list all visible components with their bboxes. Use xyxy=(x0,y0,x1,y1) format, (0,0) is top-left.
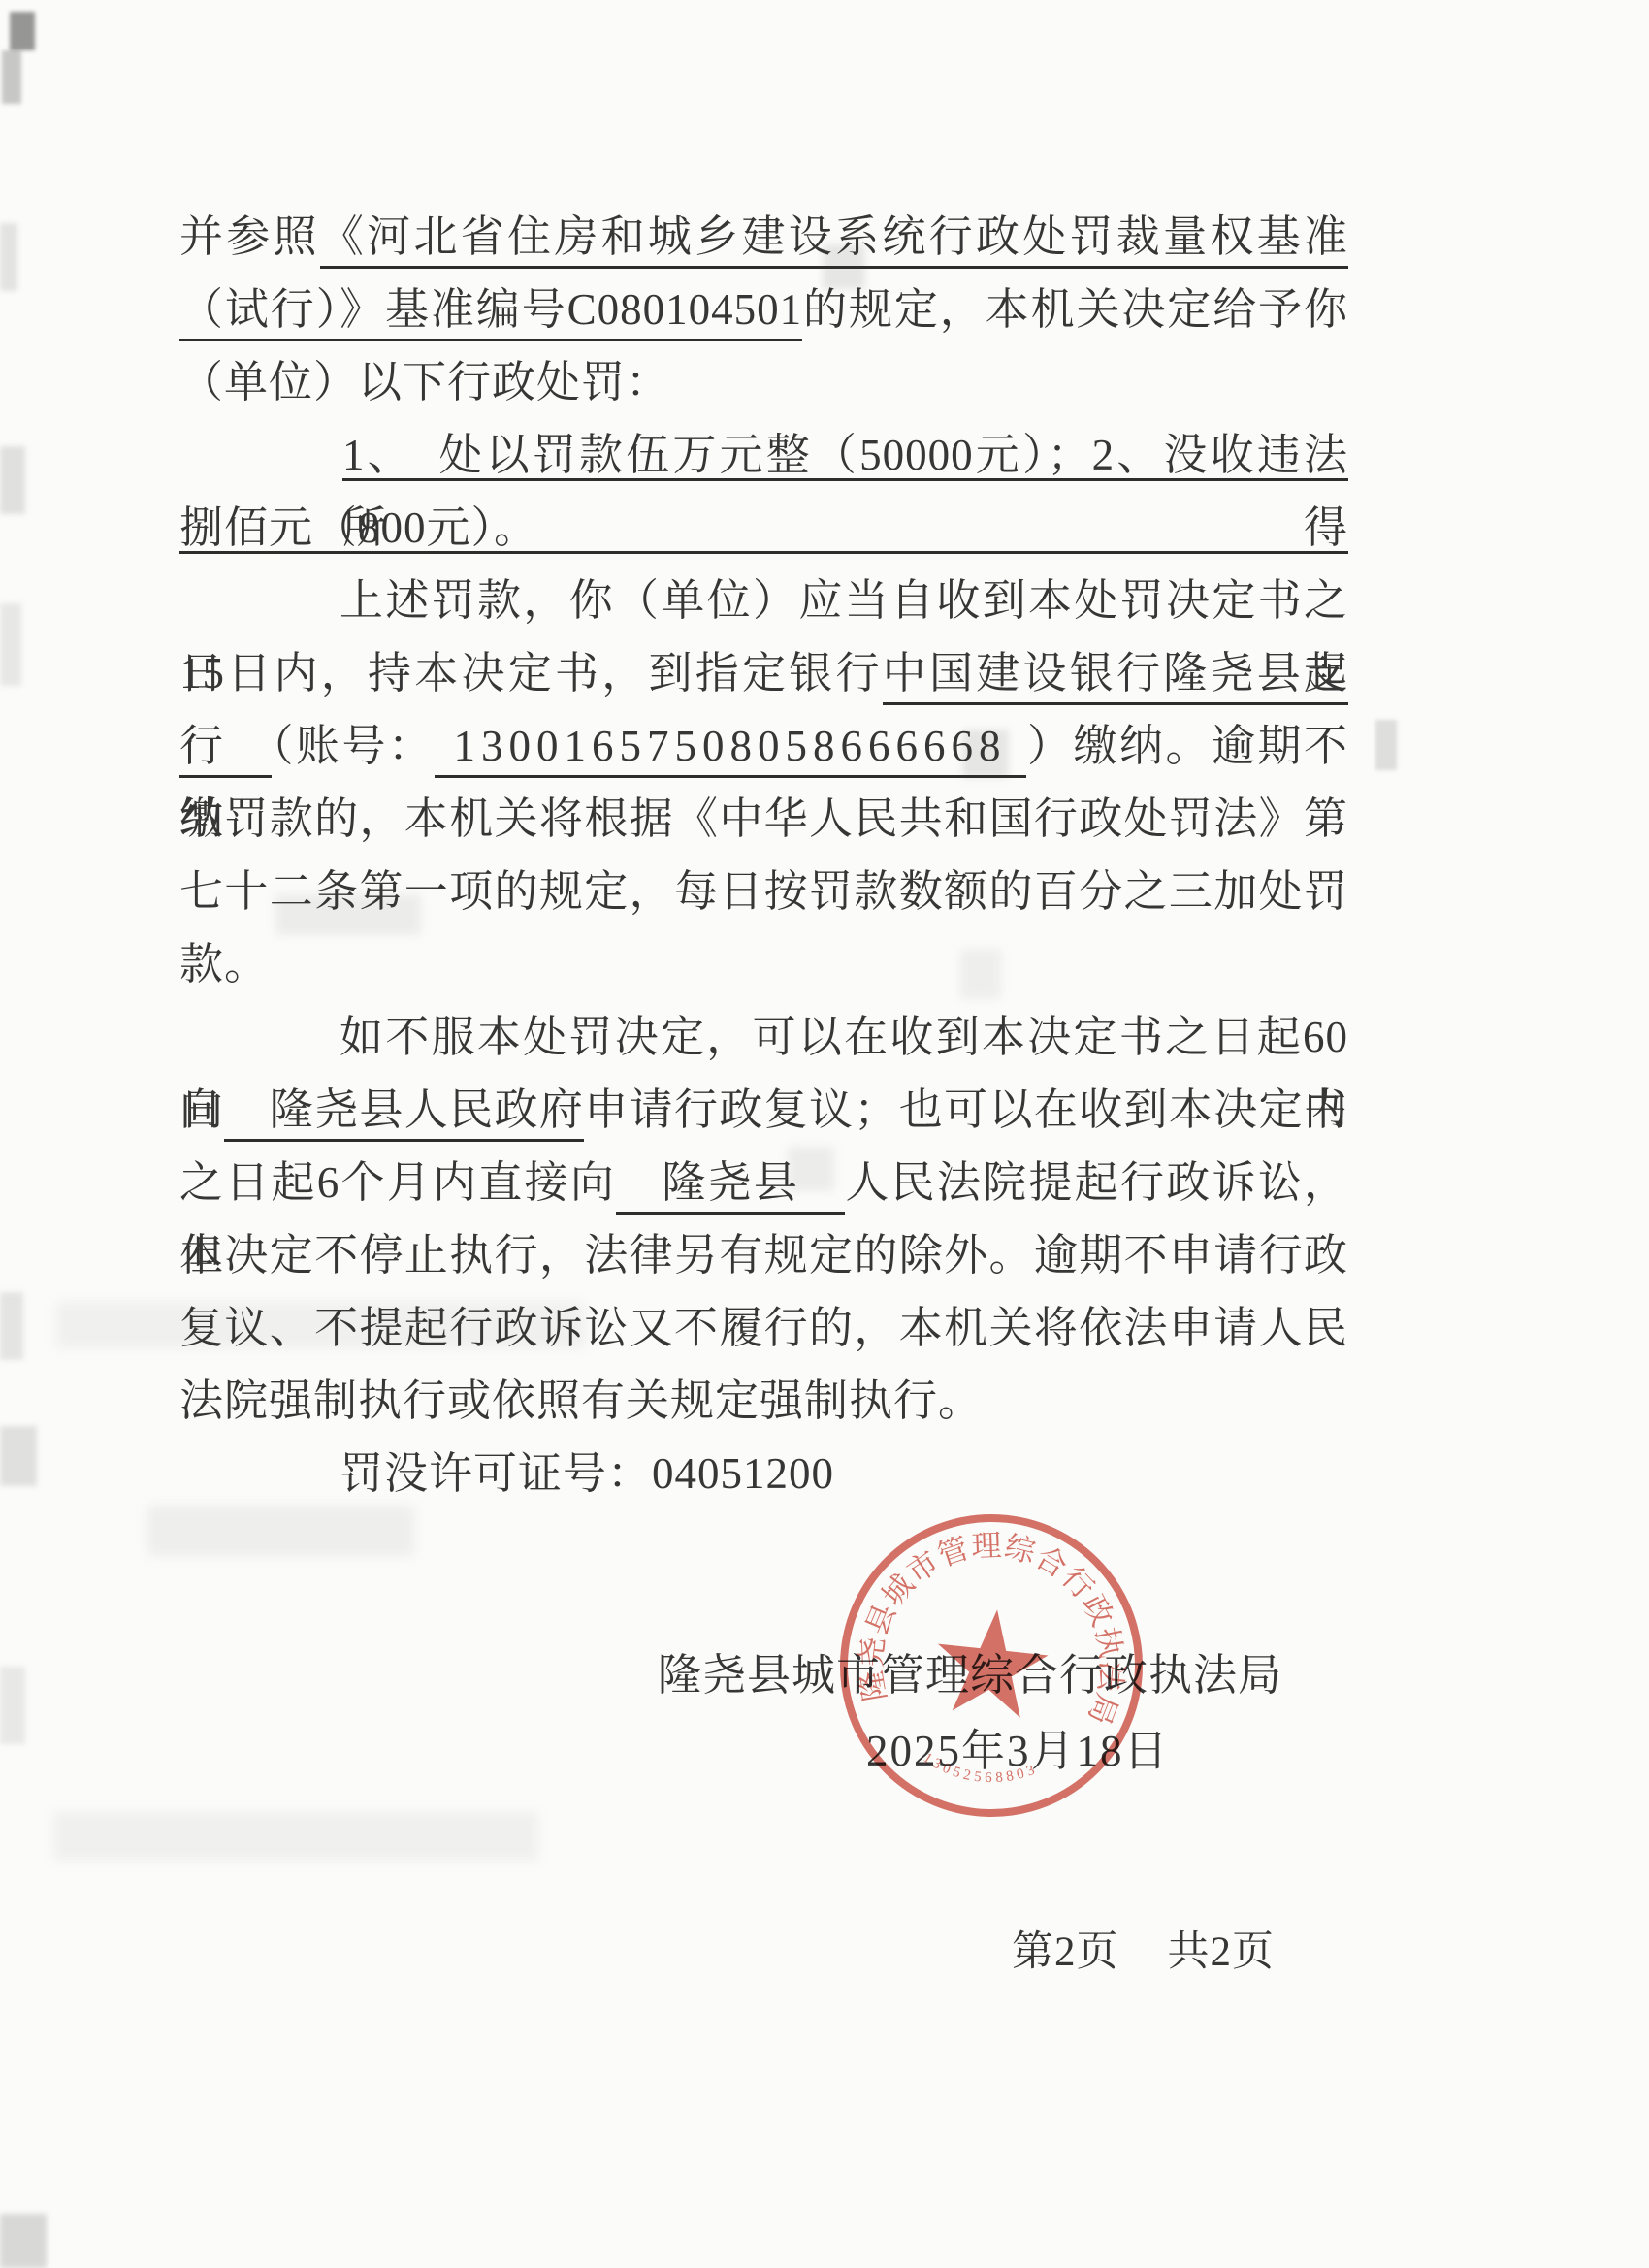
page-footer: 第2页共2页 xyxy=(1012,1919,1275,1978)
underlined-account-number: 13001657508058666668 xyxy=(435,722,1026,778)
text-segment: （账号： xyxy=(272,722,435,770)
text-segment: 之日起6个月内直接向 xyxy=(179,1158,616,1207)
underlined-text: 行 xyxy=(179,722,272,778)
underlined-agency-name: 隆尧县人民政府 xyxy=(224,1085,584,1142)
text-segment: 法院强制执行或依照有关规定强制执行。 xyxy=(179,1377,983,1425)
scan-artifact xyxy=(1375,720,1397,770)
underlined-text: （试行）》基准编号C080104501 xyxy=(179,285,802,341)
scan-artifact xyxy=(0,446,25,514)
scan-artifact xyxy=(0,2214,47,2268)
text-segment: 罚没许可证号：04051200 xyxy=(339,1449,834,1498)
document-line: 行 （账号：13001657508058666668）缴纳。逾期不缴 xyxy=(179,710,1348,783)
text-segment: 并参照 xyxy=(179,212,320,261)
page-total: 共2页 xyxy=(1168,1929,1276,1975)
scan-artifact xyxy=(0,223,17,291)
scan-artifact xyxy=(147,1506,414,1556)
document-line: 本决定不停止执行，法律另有规定的除外。逾期不申请行政 xyxy=(179,1219,1348,1292)
document-line: 七十二条第一项的规定，每日按罚款数额的百分之三加处罚 xyxy=(179,856,1348,928)
document-line-license-number: 罚没许可证号：04051200 xyxy=(179,1438,1348,1510)
scan-artifact xyxy=(0,1292,23,1360)
underlined-county-name: 隆尧县 xyxy=(616,1158,845,1215)
document-line: 复议、不提起行政诉讼又不履行的，本机关将依法申请人民 xyxy=(179,1292,1348,1365)
star-icon xyxy=(931,1604,1052,1720)
document-line: （单位）以下行政处罚： xyxy=(179,346,1348,419)
seal-serial-number: 13052568803 xyxy=(919,1749,1042,1792)
official-seal-stamp: 隆尧县城市管理综合行政执法局 13052568803 xyxy=(816,1490,1168,1842)
document-line: 如不服本处罚决定，可以在收到本决定书之日起60日内 xyxy=(179,1001,1348,1074)
scanned-penalty-decision-page: 并参照《河北省住房和城乡建设系统行政处罚裁量权基准 （试行）》基准编号C0801… xyxy=(0,0,1649,2268)
text-segment: （单位）以下行政处罚： xyxy=(179,358,670,406)
underline-rule xyxy=(342,478,1348,481)
text-segment: 纳罚款的，本机关将根据《中华人民共和国行政处罚法》第 xyxy=(179,794,1348,843)
scan-artifact xyxy=(0,1426,37,1486)
document-line: 上述罚款，你（单位）应当自收到本处罚决定书之日起 xyxy=(179,565,1348,637)
underlined-text: 《河北省住房和城乡建设系统行政处罚裁量权基准 xyxy=(320,212,1348,269)
text-segment: 款。 xyxy=(179,940,269,988)
document-line-penalty: 捌佰元（800元）。 xyxy=(179,492,1348,565)
document-line: 15日内，持本决定书，到指定银行中国建设银行隆尧县支 xyxy=(179,637,1348,710)
scan-artifact xyxy=(2,50,21,104)
document-line: （试行）》基准编号C080104501的规定，本机关决定给予你 xyxy=(179,274,1348,346)
text-segment: 申请行政复议；也可以在收到本决定书 xyxy=(584,1085,1348,1134)
document-line-penalty: 1、 处以罚款伍万元整（50000元）；2、没收违法所得 xyxy=(179,419,1348,492)
document-line: 款。 xyxy=(179,928,1348,1001)
text-segment: 复议、不提起行政诉讼又不履行的，本机关将依法申请人民 xyxy=(179,1304,1348,1352)
scan-artifact xyxy=(53,1812,538,1861)
document-body: 并参照《河北省住房和城乡建设系统行政处罚裁量权基准 （试行）》基准编号C0801… xyxy=(179,201,1348,1510)
text-segment: 本决定不停止执行，法律另有规定的除外。逾期不申请行政 xyxy=(179,1231,1348,1280)
page-number: 第2页 xyxy=(1012,1929,1119,1975)
text-segment: 的规定，本机关决定给予你 xyxy=(802,285,1348,334)
text-segment: 15日内，持本决定书，到指定银行 xyxy=(179,649,883,697)
document-line: 法院强制执行或依照有关规定强制执行。 xyxy=(179,1365,1348,1438)
scan-artifact xyxy=(0,603,21,686)
text-segment: 向 xyxy=(179,1085,224,1134)
document-line: 纳罚款的，本机关将根据《中华人民共和国行政处罚法》第 xyxy=(179,783,1348,856)
document-line: 之日起6个月内直接向 隆尧县 人民法院提起行政诉讼，但 xyxy=(179,1147,1348,1219)
scan-artifact xyxy=(10,12,35,50)
text-segment: 七十二条第一项的规定，每日按罚款数额的百分之三加处罚 xyxy=(179,867,1348,916)
penalty-text: 捌佰元（800元）。 xyxy=(179,503,538,552)
underlined-bank-name: 中国建设银行隆尧县支 xyxy=(883,649,1348,705)
document-line: 并参照《河北省住房和城乡建设系统行政处罚裁量权基准 xyxy=(179,201,1348,274)
scan-artifact xyxy=(0,1667,25,1744)
underline-rule xyxy=(179,551,1348,554)
document-line: 向 隆尧县人民政府申请行政复议；也可以在收到本决定书 xyxy=(179,1074,1348,1147)
